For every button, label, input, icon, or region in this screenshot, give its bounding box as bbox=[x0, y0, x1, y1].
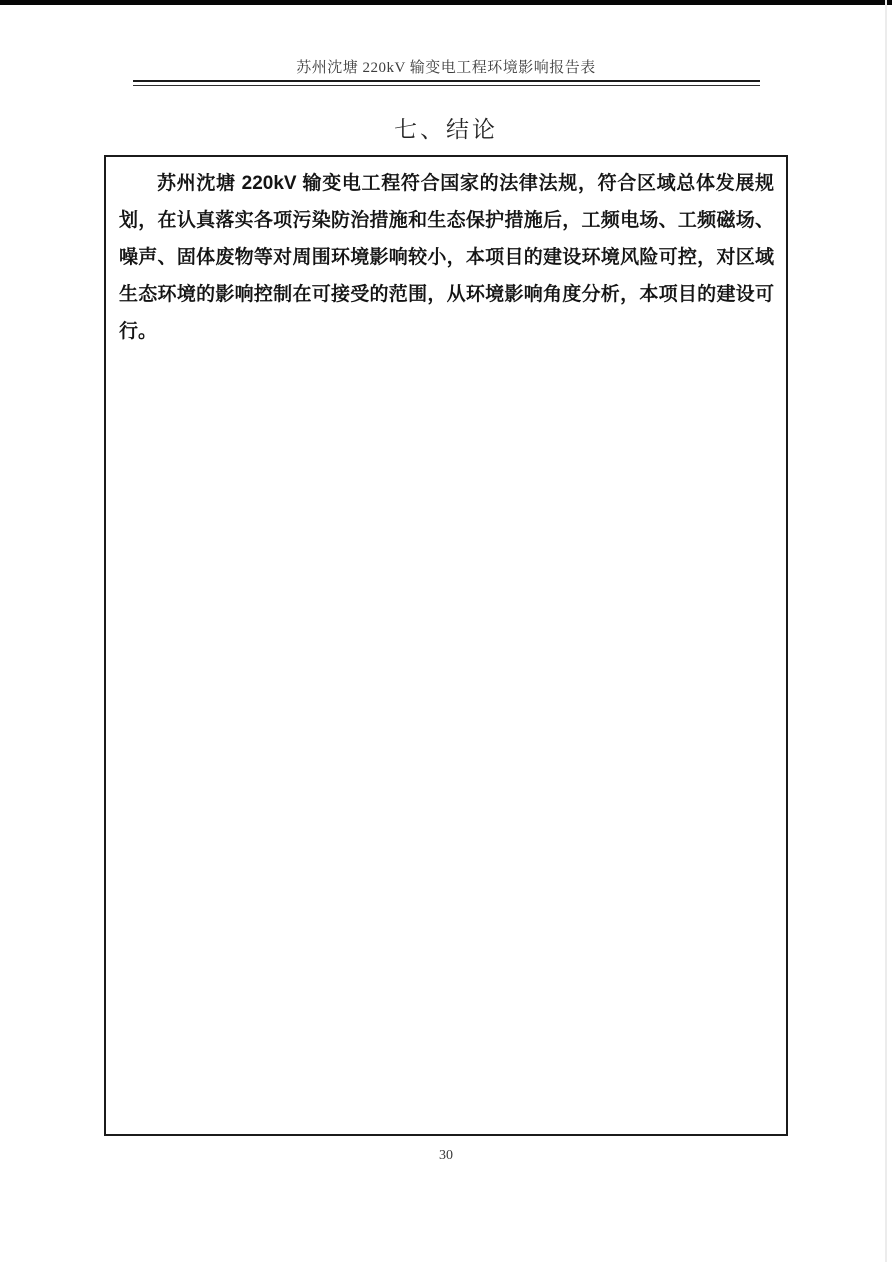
scan-edge-right bbox=[885, 0, 887, 1262]
header-rule-thin-line bbox=[133, 85, 760, 86]
conclusion-content-box: 苏州沈塘 220kV 输变电工程符合国家的法律法规，符合区域总体发展规划，在认真… bbox=[104, 155, 788, 1136]
page-number: 30 bbox=[0, 1148, 892, 1164]
conclusion-paragraph: 苏州沈塘 220kV 输变电工程符合国家的法律法规，符合区域总体发展规划，在认真… bbox=[119, 165, 774, 350]
section-title: 七、结论 bbox=[0, 111, 892, 144]
header-double-rule bbox=[133, 80, 760, 86]
header-rule-thick-line bbox=[133, 80, 760, 82]
running-header-title: 苏州沈塘 220kV 输变电工程环境影响报告表 bbox=[0, 56, 892, 77]
scan-edge-top bbox=[0, 0, 892, 5]
